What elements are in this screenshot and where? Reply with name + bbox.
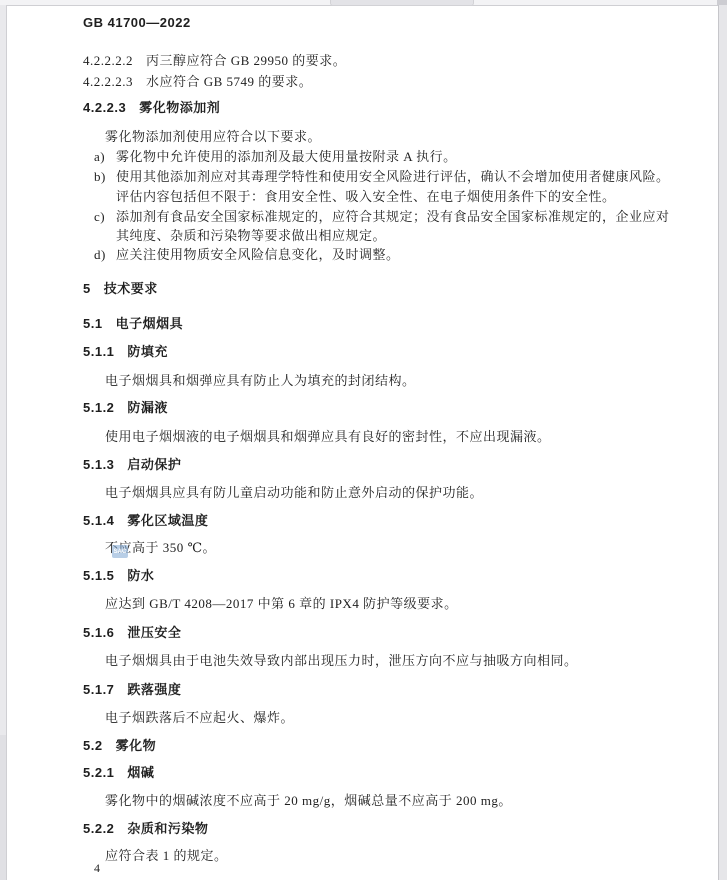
page-background-left xyxy=(0,5,7,880)
standard-code-header: GB 41700—2022 xyxy=(83,14,191,31)
sac-watermark-stamp: SAC xyxy=(112,545,128,558)
chapter-heading: 5技术要求 xyxy=(83,280,158,297)
section-heading: 4.2.2.3雾化物添加剂 xyxy=(83,99,220,116)
section-number: 5.1.2 xyxy=(83,399,114,416)
list-item-marker: d) xyxy=(94,246,116,263)
list-item-text: 雾化物中允许使用的添加剂及最大使用量按附录 A 执行。 xyxy=(116,149,457,164)
body-paragraph: 雾化物中的烟碱浓度不应高于 20 mg/g，烟碱总量不应高于 200 mg。 xyxy=(105,792,512,809)
clause-line: 4.2.2.2.3水应符合 GB 5749 的要求。 xyxy=(83,73,312,90)
body-paragraph: 电子烟跌落后不应起火、爆炸。 xyxy=(105,709,294,726)
list-item: c)添加剂有食品安全国家标准规定的，应符合其规定；没有食品安全国家标准规定的，企… xyxy=(94,208,670,225)
clause-text: 水应符合 GB 5749 的要求。 xyxy=(146,74,312,89)
page-background-left-lower xyxy=(0,735,6,880)
section-number: 5.1 xyxy=(83,315,103,332)
section-title: 雾化物 xyxy=(116,738,157,753)
body-paragraph: 电子烟烟具由于电池失效导致内部出现压力时，泄压方向不应与抽吸方向相同。 xyxy=(105,652,578,669)
section-title: 防水 xyxy=(127,568,154,583)
list-item-text: 应关注使用物质安全风险信息变化，及时调整。 xyxy=(116,247,400,262)
clause-line: 4.2.2.2.2丙三醇应符合 GB 29950 的要求。 xyxy=(83,52,346,69)
list-item-continuation: 评估内容包括但不限于：食用安全性、吸入安全性、在电子烟使用条件下的安全性。 xyxy=(116,188,616,205)
body-paragraph: 雾化物添加剂使用应符合以下要求。 xyxy=(105,128,321,145)
document-page: GB 41700—2022 4.2.2.2.2丙三醇应符合 GB 29950 的… xyxy=(7,6,718,880)
list-item-marker: a) xyxy=(94,148,116,165)
section-heading: 5.1.1防填充 xyxy=(83,343,168,360)
section-title: 雾化区域温度 xyxy=(127,513,208,528)
body-paragraph: 电子烟烟具和烟弹应具有防止人为填充的封闭结构。 xyxy=(105,372,416,389)
list-item: d)应关注使用物质安全风险信息变化，及时调整。 xyxy=(94,246,400,263)
body-paragraph: 应符合表 1 的规定。 xyxy=(105,847,228,864)
page-number: 4 xyxy=(94,861,100,876)
section-title: 防填充 xyxy=(127,344,168,359)
sac-watermark-label: SAC xyxy=(114,549,127,555)
section-heading: 5.1.4雾化区域温度 xyxy=(83,512,208,529)
list-item: a)雾化物中允许使用的添加剂及最大使用量按附录 A 执行。 xyxy=(94,148,457,165)
body-paragraph: 使用电子烟烟液的电子烟烟具和烟弹应具有良好的密封性，不应出现漏液。 xyxy=(105,428,551,445)
section-number: 5.1.5 xyxy=(83,567,114,584)
scrollbar-track-right[interactable] xyxy=(718,5,727,880)
section-title: 杂质和污染物 xyxy=(127,821,208,836)
section-heading: 5.2雾化物 xyxy=(83,737,156,754)
section-title: 泄压安全 xyxy=(127,625,181,640)
section-number: 5.2 xyxy=(83,737,103,754)
list-item-text: 添加剂有食品安全国家标准规定的，应符合其规定；没有食品安全国家标准规定的，企业应… xyxy=(116,209,670,224)
section-heading: 5.1.6泄压安全 xyxy=(83,624,181,641)
clause-number: 4.2.2.2.2 xyxy=(83,52,133,69)
section-number: 5.2.1 xyxy=(83,764,114,781)
section-number: 5.1.4 xyxy=(83,512,114,529)
section-title: 电子烟烟具 xyxy=(116,316,184,331)
section-number: 5.1.7 xyxy=(83,681,114,698)
section-title: 雾化物添加剂 xyxy=(139,100,220,115)
section-heading: 5.1.7跌落强度 xyxy=(83,681,181,698)
section-heading: 5.1.5防水 xyxy=(83,567,154,584)
section-title: 防漏液 xyxy=(127,400,168,415)
section-number: 5 xyxy=(83,280,91,297)
section-title: 启动保护 xyxy=(127,457,181,472)
list-item-continuation: 其纯度、杂质和污染物等要求做出相应规定。 xyxy=(116,227,386,244)
section-number: 5.1.1 xyxy=(83,343,114,360)
section-title: 技术要求 xyxy=(104,281,158,296)
list-item-text: 使用其他添加剂应对其毒理学特性和使用安全风险进行评估，确认不会增加使用者健康风险… xyxy=(116,169,670,184)
section-heading: 5.2.2杂质和污染物 xyxy=(83,820,208,837)
section-number: 5.1.6 xyxy=(83,624,114,641)
list-item-marker: c) xyxy=(94,208,116,225)
section-heading: 5.1电子烟烟具 xyxy=(83,315,183,332)
clause-number: 4.2.2.2.3 xyxy=(83,73,133,90)
section-heading: 5.2.1烟碱 xyxy=(83,764,154,781)
body-paragraph: 应达到 GB/T 4208—2017 中第 6 章的 IPX4 防护等级要求。 xyxy=(105,595,458,612)
section-heading: 5.1.2防漏液 xyxy=(83,399,168,416)
list-item-marker: b) xyxy=(94,168,116,185)
list-item: b)使用其他添加剂应对其毒理学特性和使用安全风险进行评估，确认不会增加使用者健康… xyxy=(94,168,670,185)
body-paragraph: 电子烟烟具应具有防儿童启动功能和防止意外启动的保护功能。 xyxy=(105,484,483,501)
clause-text: 丙三醇应符合 GB 29950 的要求。 xyxy=(146,53,346,68)
section-number: 5.2.2 xyxy=(83,820,114,837)
viewer-window: GB 41700—2022 4.2.2.2.2丙三醇应符合 GB 29950 的… xyxy=(0,0,727,880)
section-heading: 5.1.3启动保护 xyxy=(83,456,181,473)
section-title: 烟碱 xyxy=(127,765,154,780)
section-title: 跌落强度 xyxy=(127,682,181,697)
section-number: 5.1.3 xyxy=(83,456,114,473)
section-number: 4.2.2.3 xyxy=(83,99,126,116)
